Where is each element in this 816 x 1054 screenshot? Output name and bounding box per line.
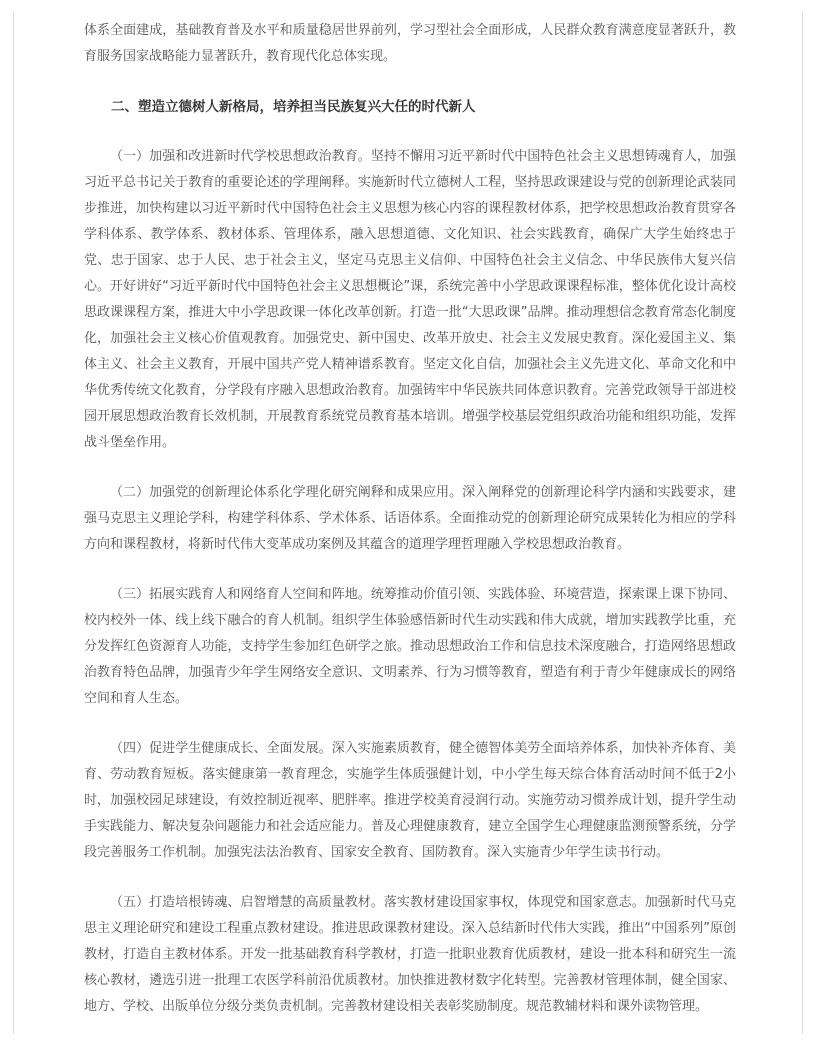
paragraph-item-2: （二）加强党的创新理论体系化学理化研究阐释和成果应用。深入阐释党的创新理论科学内… — [84, 480, 736, 558]
article-page: 体系全面建成，基础教育普及水平和质量稳居世界前列，学习型社会全面形成，人民群众教… — [13, 11, 803, 1034]
paragraph-item-3: （三）拓展实践育人和网络育人空间和阵地。统筹推动价值引领、实践体验、环境营造，探… — [84, 582, 736, 712]
paragraph-item-1: （一）加强和改进新时代学校思想政治教育。坚持不懈用习近平新时代中国特色社会主义思… — [84, 144, 736, 456]
paragraph-item-4: （四）促进学生健康成长、全面发展。深入实施素质教育，健全德智体美劳全面培养体系，… — [84, 736, 736, 866]
paragraph-intro-continuation: 体系全面建成，基础教育普及水平和质量稳居世界前列，学习型社会全面形成，人民群众教… — [84, 18, 736, 70]
paragraph-item-5: （五）打造培根铸魂、启智增慧的高质量教材。落实教材建设国家事权，体现党和国家意志… — [84, 890, 736, 1020]
document-viewport: { "page": { "background_color": "#ffffff… — [0, 0, 816, 1054]
article-content: 体系全面建成，基础教育普及水平和质量稳居世界前列，学习型社会全面形成，人民群众教… — [14, 11, 802, 1020]
section-heading: 二、塑造立德树人新格局，培养担当民族复兴大任的时代新人 — [84, 94, 736, 120]
